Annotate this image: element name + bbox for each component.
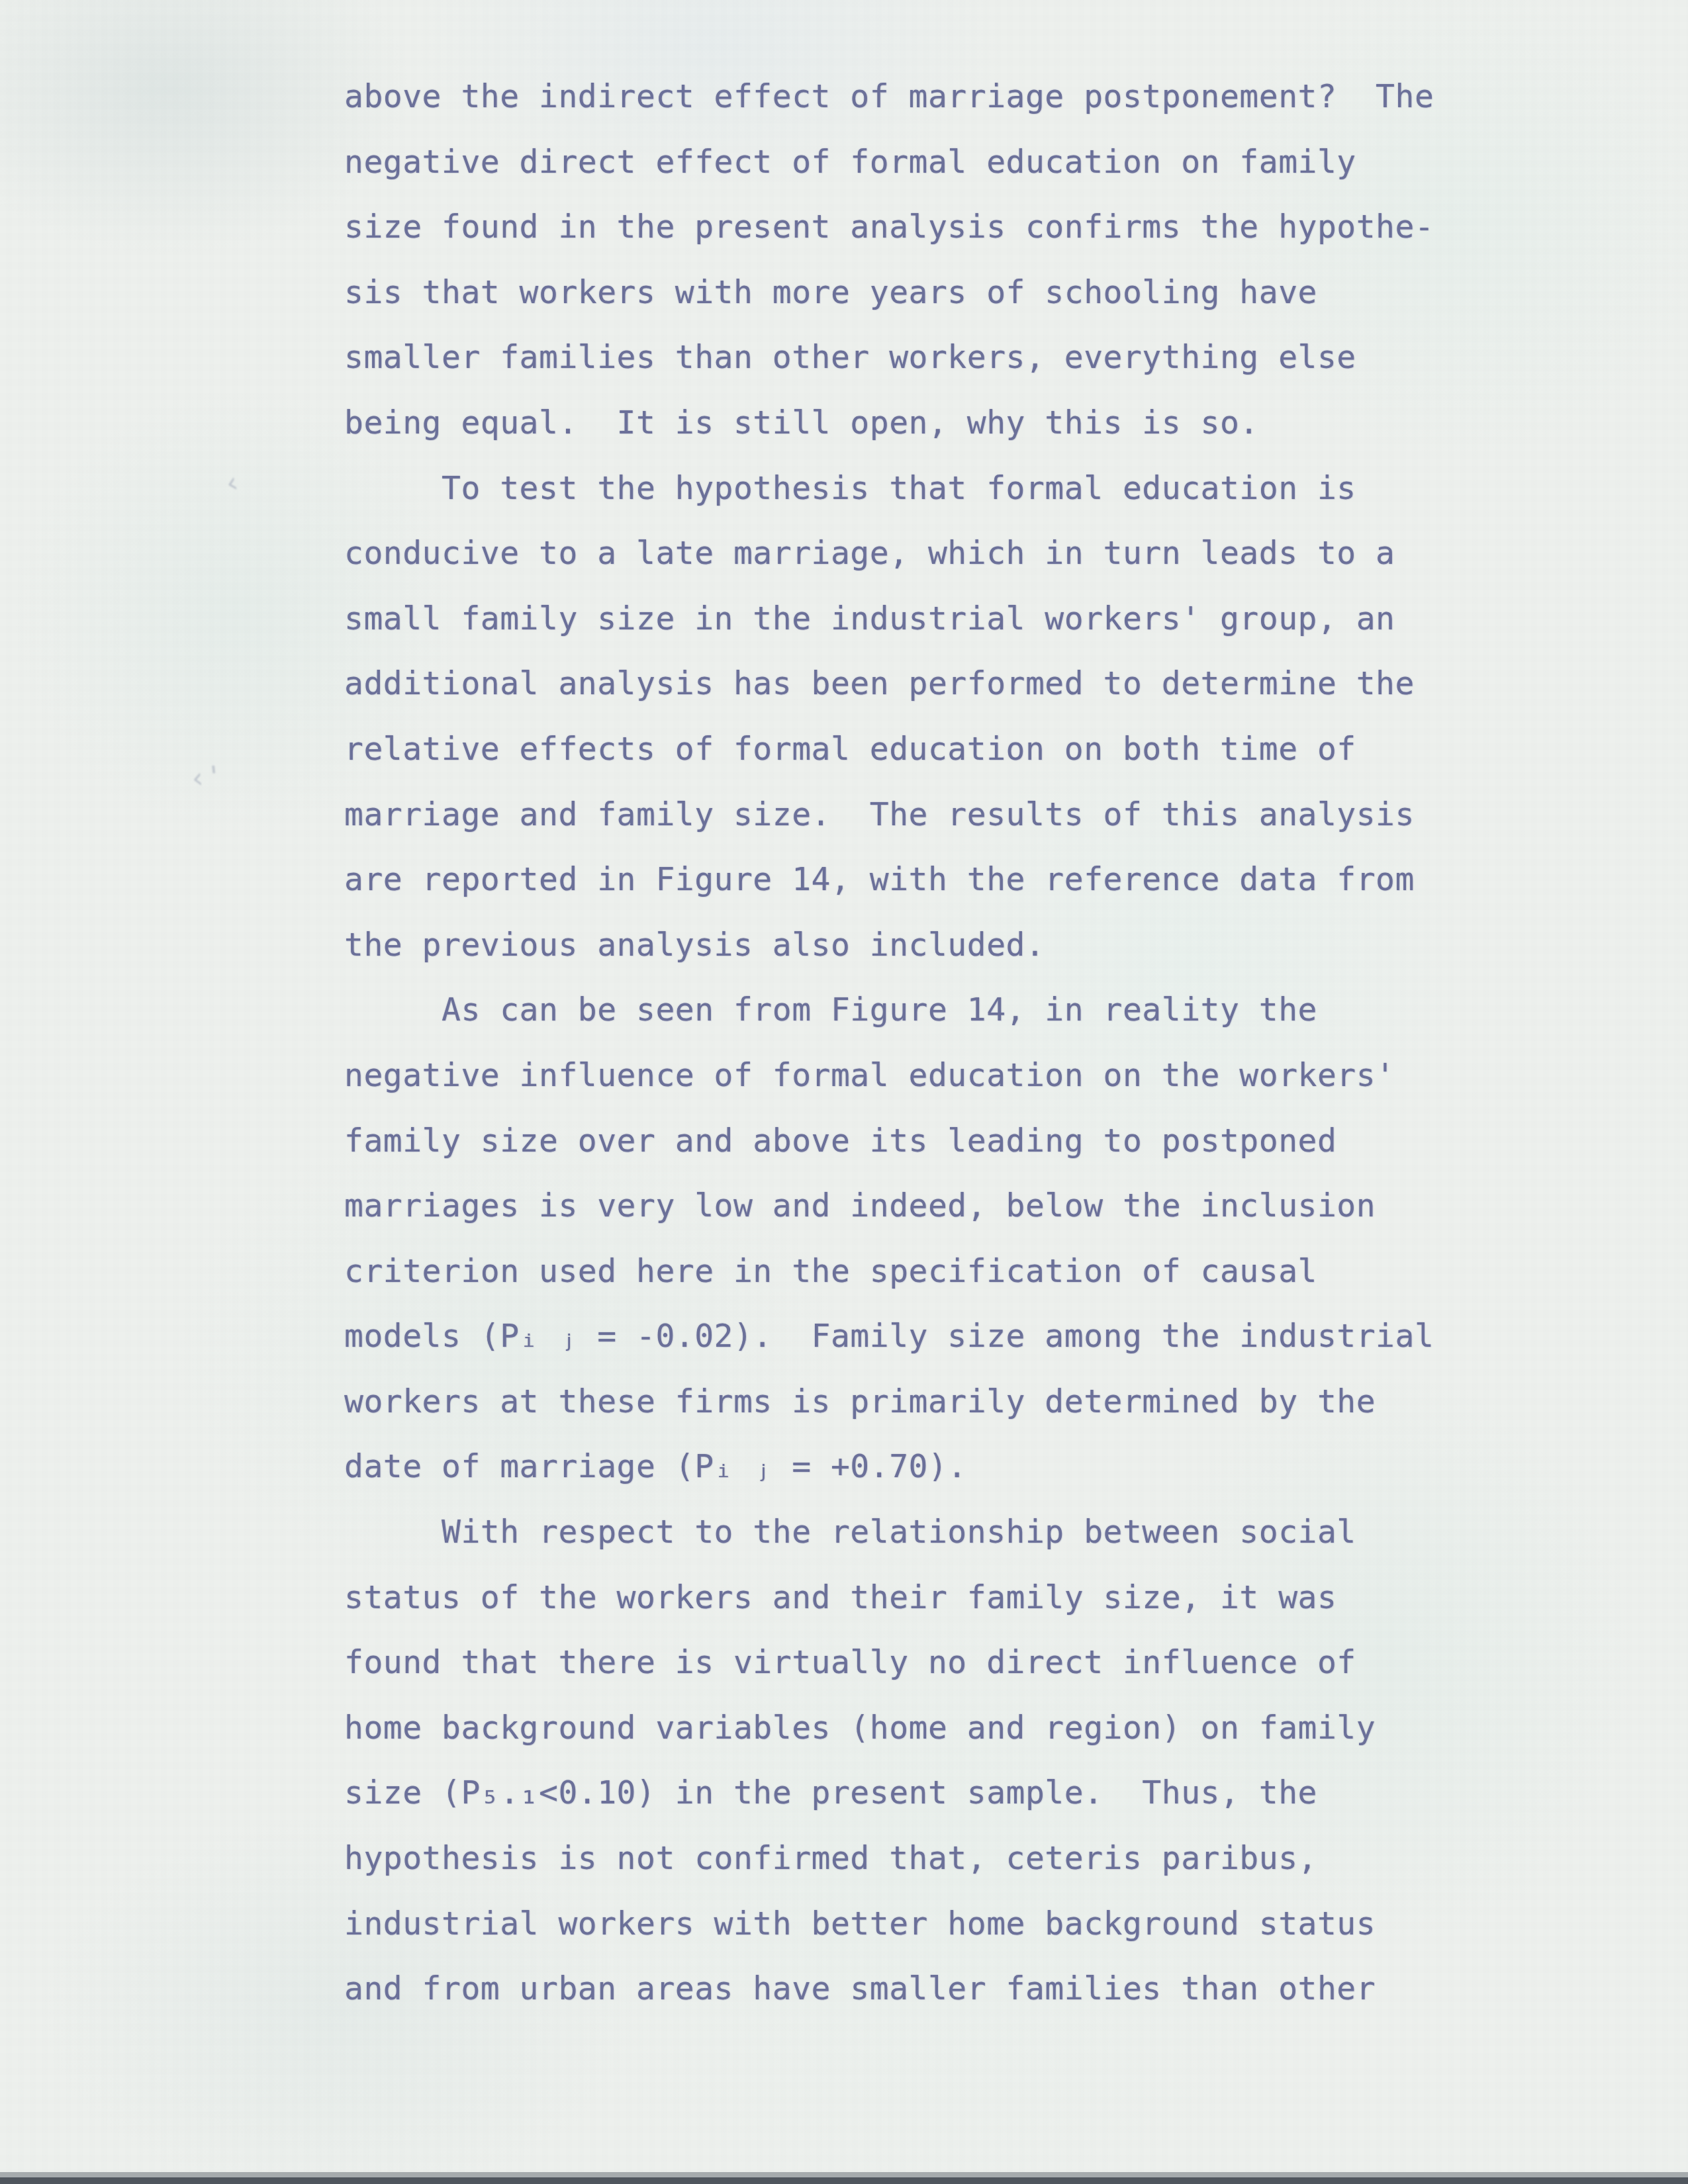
text-line: and from urban areas have smaller famili… [344, 1956, 1434, 2022]
text-line: marriages is very low and indeed, below … [344, 1173, 1434, 1239]
text-line: With respect to the relationship between… [344, 1500, 1434, 1565]
text-line: As can be seen from Figure 14, in realit… [344, 978, 1434, 1043]
text-line: status of the workers and their family s… [344, 1565, 1434, 1631]
text-line: workers at these firms is primarily dete… [344, 1369, 1434, 1435]
text-line: additional analysis has been performed t… [344, 651, 1434, 717]
text-line: size found in the present analysis confi… [344, 195, 1434, 260]
text-line: models (Pᵢ ⱼ = -0.02). Family size among… [344, 1304, 1434, 1369]
text-line: industrial workers with better home back… [344, 1891, 1434, 1957]
text-line: negative direct effect of formal educati… [344, 130, 1434, 195]
text-line: found that there is virtually no direct … [344, 1630, 1434, 1696]
text-line: small family size in the industrial work… [344, 586, 1434, 652]
text-line: marriage and family size. The results of… [344, 782, 1434, 848]
text-line: sis that workers with more years of scho… [344, 260, 1434, 326]
scan-smudge: ‹ [220, 465, 244, 501]
text-line: conducive to a late marriage, which in t… [344, 521, 1434, 586]
scanned-page: above the indirect effect of marriage po… [0, 0, 1688, 2184]
text-line: size (P₅.₁<0.10) in the present sample. … [344, 1760, 1434, 1826]
text-line: are reported in Figure 14, with the refe… [344, 847, 1434, 913]
text-line: date of marriage (Pᵢ ⱼ = +0.70). [344, 1434, 1434, 1500]
text-line: To test the hypothesis that formal educa… [344, 456, 1434, 522]
text-line: criterion used here in the specification… [344, 1239, 1434, 1304]
text-line: home background variables (home and regi… [344, 1696, 1434, 1761]
bottom-scan-edge-light [0, 2172, 1688, 2177]
text-line: family size over and above its leading t… [344, 1109, 1434, 1174]
text-line: negative influence of formal education o… [344, 1043, 1434, 1109]
typewritten-text: above the indirect effect of marriage po… [344, 64, 1434, 2022]
text-line: being equal. It is still open, why this … [344, 390, 1434, 456]
text-line: relative effects of formal education on … [344, 717, 1434, 782]
bottom-scan-edge-dark [0, 2177, 1688, 2184]
text-line: smaller families than other workers, eve… [344, 325, 1434, 390]
right-binding-shadow [1652, 0, 1688, 2184]
text-line: hypothesis is not confirmed that, ceteri… [344, 1826, 1434, 1891]
text-line: the previous analysis also included. [344, 913, 1434, 978]
left-binding-shadow [0, 0, 29, 2184]
text-line: above the indirect effect of marriage po… [344, 64, 1434, 130]
scan-smudge: ‹' [188, 759, 224, 795]
